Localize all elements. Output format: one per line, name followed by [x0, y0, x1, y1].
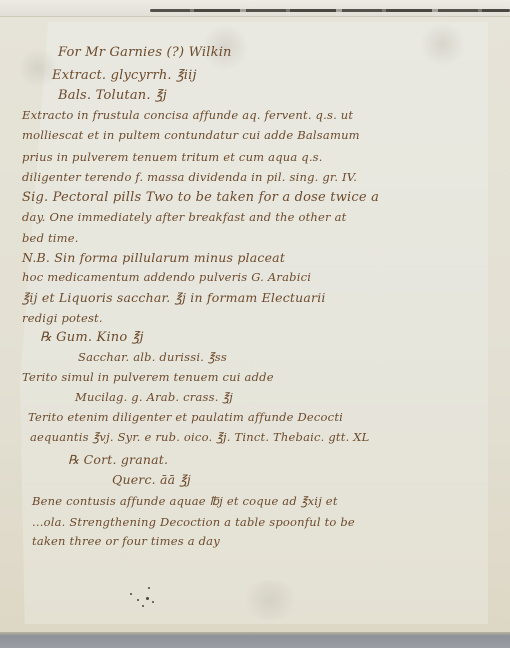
stain — [240, 580, 300, 620]
manuscript-line: Extracto in frustula concisa affunde aq.… — [22, 108, 353, 122]
manuscript-line: hoc medicamentum addendo pulveris G. Ara… — [22, 270, 311, 284]
manuscript-line: N.B. Sin forma pillularum minus placeat — [22, 250, 285, 265]
manuscript-line: Extract. glycyrrh. ℥iij — [52, 68, 197, 83]
manuscript-line: bed time. — [22, 231, 79, 245]
manuscript-line: diligenter terendo f. massa dividenda in… — [22, 170, 357, 184]
top-edge-shadow — [150, 9, 510, 12]
manuscript-line: ℞ Gum. Kino ℥j — [40, 330, 144, 345]
stain — [420, 22, 465, 67]
manuscript-line: Sacchar. alb. durissi. ℥ss — [78, 350, 227, 364]
manuscript-line: Mucilag. g. Arab. crass. ℥j — [75, 390, 233, 404]
ink-specks — [128, 585, 158, 610]
manuscript-line: ...ola. Strengthening Decoction a table … — [32, 515, 355, 529]
manuscript-line: prius in pulverem tenuem tritum et cum a… — [22, 150, 323, 164]
manuscript-line: Bene contusis affunde aquae ℔j et coque … — [32, 494, 338, 508]
manuscript-line: taken three or four times a day — [32, 534, 220, 548]
manuscript-line: Terito etenim diligenter et paulatim aff… — [28, 410, 343, 424]
manuscript-line: Sig. Pectoral pills Two to be taken for … — [22, 190, 379, 205]
bottom-edge — [0, 632, 510, 648]
manuscript-line: redigi potest. — [22, 311, 103, 325]
manuscript-line: For Mr Garnies (?) Wilkin — [58, 45, 232, 60]
manuscript-line: molliescat et in pultem contundatur cui … — [22, 128, 360, 142]
manuscript-line: day. One immediately after breakfast and… — [22, 210, 346, 224]
manuscript-line: Bals. Tolutan. ℥j — [58, 88, 167, 103]
manuscript-line: aequantis ℥vj. Syr. e rub. oico. ℥j. Tin… — [30, 430, 370, 444]
manuscript-line: Querc. āā ℥j — [112, 472, 191, 487]
manuscript-line: ℥ij et Liquoris sacchar. ℥j in formam El… — [22, 290, 326, 305]
manuscript-line: Terito simul in pulverem tenuem cui adde — [22, 370, 274, 384]
manuscript-line: ℞ Cort. granat. — [68, 452, 168, 467]
